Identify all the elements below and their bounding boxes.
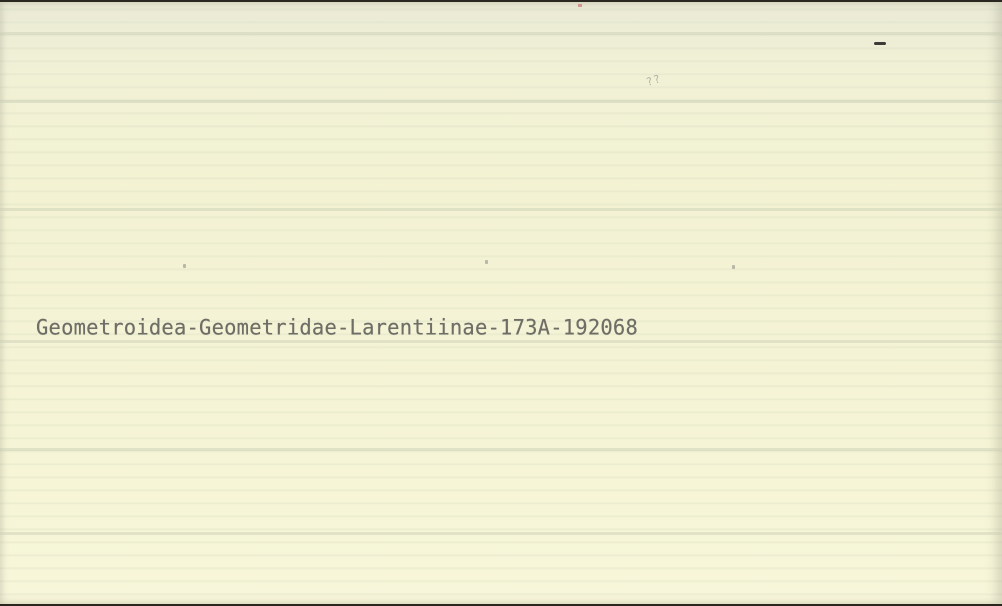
scan-streak xyxy=(0,32,1002,35)
specimen-label: Geometroidea-Geometridae-Larentiinae-173… xyxy=(36,314,638,339)
scan-streak xyxy=(0,448,1002,451)
ink-speck xyxy=(183,264,186,268)
scan-streak xyxy=(0,340,1002,343)
scan-streak xyxy=(0,208,1002,211)
index-card: ?? Geometroidea-Geometridae-Larentiinae-… xyxy=(0,2,1002,604)
ink-speck xyxy=(732,265,735,269)
ink-dash-mark xyxy=(874,42,886,45)
ink-speck xyxy=(485,260,488,264)
scan-streak xyxy=(0,532,1002,535)
top-edge-mark xyxy=(578,4,582,7)
scan-streak xyxy=(0,100,1002,103)
faint-stamp: ?? xyxy=(644,72,663,89)
